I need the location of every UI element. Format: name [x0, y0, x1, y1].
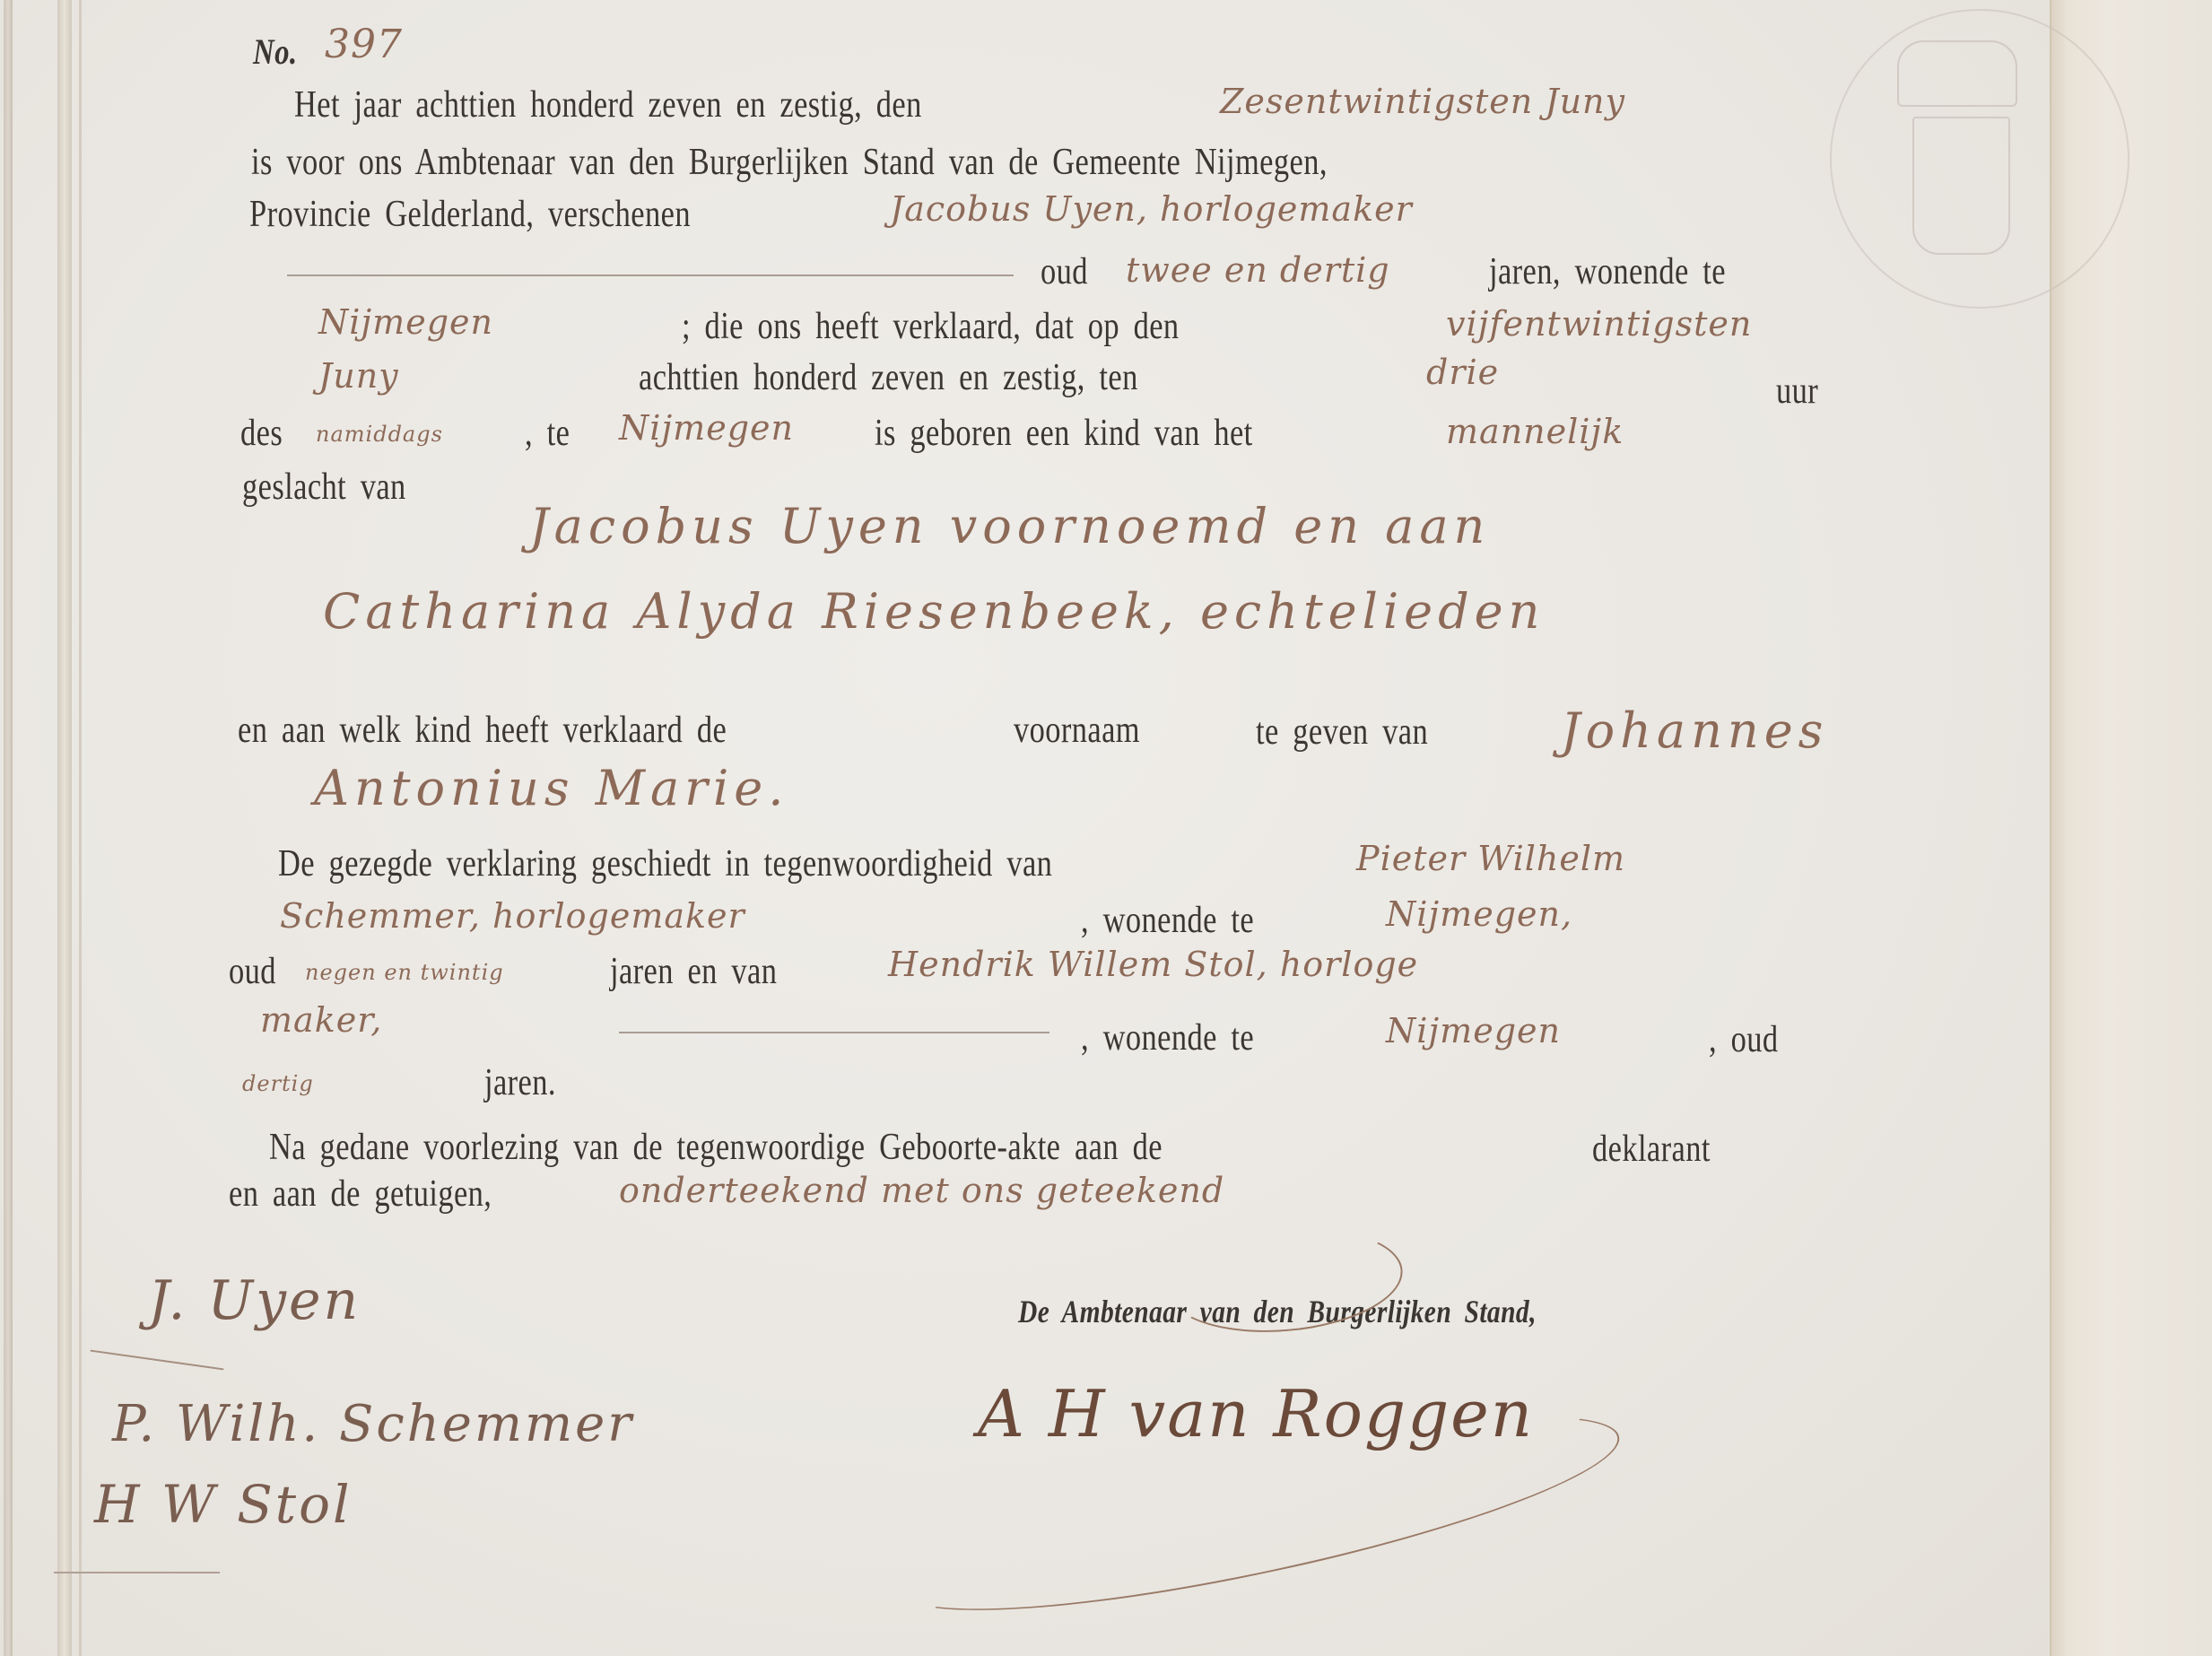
printed-line-2: is voor ons Ambtenaar van den Burgerlijk… — [251, 144, 1328, 181]
printed-line-11: en aan welk kind heeft verklaard de — [238, 711, 727, 749]
number-label: No. — [253, 34, 298, 70]
signature-witness-1: P. Wilh. Schemmer — [112, 1399, 634, 1450]
printed-geslacht-van: geslacht van — [242, 468, 406, 506]
printed-oud-2: oud — [229, 953, 276, 990]
printed-line-1: Het jaar achttien honderd zeven en zesti… — [294, 86, 922, 124]
hand-witness2-name: Hendrik Willem Stol, horloge — [888, 947, 1418, 981]
hand-birth-day: vijfentwintigsten — [1446, 307, 1752, 341]
seal-crown-icon — [1897, 40, 2017, 107]
printed-wonende-te-2: , wonende te — [1081, 1019, 1254, 1057]
act-number: 397 — [325, 25, 403, 65]
printed-line-3: Provincie Gelderland, verschenen — [249, 196, 691, 233]
printed-oud: oud — [1041, 253, 1088, 291]
blank-rule — [619, 1032, 1049, 1033]
hand-parents-line-2: Catharina Alyda Riesenbeek, echtelieden — [323, 588, 1545, 636]
hand-declarant: Jacobus Uyen, horlogemaker — [890, 192, 1413, 226]
hand-hour: drie — [1426, 355, 1499, 389]
hand-witness2-residence: Nijmegen — [1386, 1014, 1561, 1048]
signature-declarant: J. Uyen — [148, 1274, 361, 1328]
printed-voornaam: voornaam — [1014, 711, 1140, 749]
hand-sex: mannelijk — [1446, 414, 1624, 449]
blank-rule — [287, 275, 1014, 276]
printed-line-5: ; die ons heeft verklaard, dat op den — [682, 308, 1180, 345]
hand-signing-note: onderteekend met ons geteekend — [619, 1173, 1224, 1207]
printed-jaren-end: jaren. — [484, 1064, 556, 1102]
printed-line-7: is geboren een kind van het — [875, 414, 1253, 452]
hand-given-names-2: Antonius Marie. — [314, 764, 788, 813]
hand-witness1-name: Pieter Wilhelm — [1356, 841, 1625, 876]
printed-line-18: Na gedane voorlezing van de tegenwoordig… — [269, 1129, 1163, 1166]
hand-birth-place: Nijmegen — [619, 411, 794, 445]
hand-declarant-age: twee en dertig — [1126, 253, 1390, 287]
hand-birth-month: Juny — [318, 359, 399, 393]
hand-residence: Nijmegen — [318, 305, 493, 339]
printed-wonende-te-1: , wonende te — [1081, 902, 1254, 939]
printed-des: des — [240, 414, 283, 452]
signature-underline — [54, 1572, 220, 1573]
printed-te: , te — [525, 414, 570, 452]
hand-witness1-age: negen en twintig — [305, 962, 504, 983]
printed-jaren-en-van: jaren en van — [610, 953, 777, 990]
printed-line-6: achttien honderd zeven en zestig, ten — [639, 359, 1138, 397]
hand-witness2-cont: maker, — [260, 1003, 382, 1037]
hand-witness2-age: dertig — [242, 1073, 314, 1094]
page-margin-line — [79, 0, 82, 1656]
hand-witness1-cont: Schemmer, horlogemaker — [280, 899, 745, 933]
hand-witness1-residence: Nijmegen, — [1386, 897, 1572, 931]
printed-line-13: De gezegde verklaring geschiedt in tegen… — [278, 845, 1052, 883]
page-stack-edge — [57, 0, 72, 1656]
printed-jaren-wonende: jaren, wonende te — [1489, 253, 1726, 291]
printed-deklarant: deklarant — [1592, 1130, 1711, 1168]
hand-time-of-day: namiddags — [316, 423, 443, 445]
hand-parents-line-1: Jacobus Uyen voornoemd en aan — [529, 502, 1490, 551]
page-stack-edge — [4, 0, 13, 1656]
hand-given-names-1: Johannes — [1561, 707, 1828, 755]
printed-uur: uur — [1776, 372, 1818, 410]
hand-date-day: Zesentwintigsten Juny — [1220, 84, 1625, 118]
seal-shield-icon — [1912, 117, 2010, 255]
signature-witness-2: H W Stol — [94, 1478, 353, 1530]
printed-oud-3: , oud — [1709, 1021, 1778, 1059]
printed-line-19: en aan de getuigen, — [229, 1175, 492, 1213]
printed-te-geven-van: te geven van — [1256, 713, 1428, 751]
